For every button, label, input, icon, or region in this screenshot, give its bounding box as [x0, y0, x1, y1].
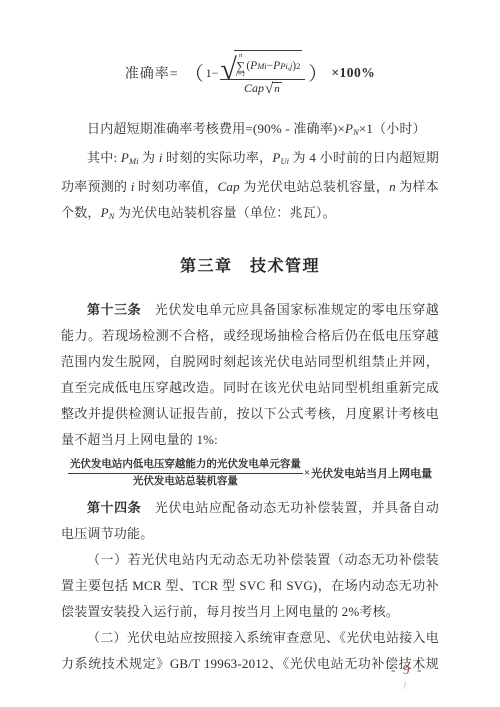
- summation-symbol: n ∑ i=1: [236, 53, 245, 78]
- article-14-line: 第十四条 光伏电站应配备动态无功补偿装置，并具备自动: [61, 495, 439, 521]
- lvrt-fraction-denominator: 光伏发电站总装机容量: [133, 474, 238, 488]
- sigma-icon: ∑: [236, 60, 245, 72]
- article-14-line: 偿装置安装投入运行前，每月按当月上网电量的 2%考核。: [61, 599, 439, 625]
- lvrt-multiplier: 光伏发电站当月上网电量: [311, 465, 432, 481]
- n-variable: n: [272, 82, 282, 95]
- times-100-percent: ×100%: [331, 65, 375, 81]
- pen-mark: [403, 681, 413, 692]
- document-page-content: 准确率= （ 1− √ n ∑ i=1 ( P Mi −: [61, 0, 439, 677]
- page-number: - 9 -: [391, 662, 424, 678]
- square-root: √ n ∑ i=1 ( P Mi − P Pi,j ): [220, 50, 302, 78]
- fraction-numerator: √ n ∑ i=1 ( P Mi − P Pi,j ): [220, 50, 305, 80]
- square-exponent: 2: [296, 61, 300, 71]
- accuracy-formula-lhs: 准确率=: [125, 63, 179, 83]
- article-14-line: （一）若光伏电站内无动态无功补偿装置（动态无功补偿装: [61, 547, 439, 573]
- fraction-denominator: Cap √ n: [244, 80, 282, 96]
- chapter-heading: 第三章 技术管理: [61, 253, 439, 277]
- article-13-line: 整改并提供检测认证报告前，按以下公式考核，月度累计考核电: [61, 401, 439, 427]
- close-paren: ）: [308, 59, 327, 86]
- accuracy-formula: 准确率= （ 1− √ n ∑ i=1 ( P Mi −: [61, 44, 439, 102]
- lvrt-fraction: 光伏发电站内低电压穿越能力的光伏发电单元容量 光伏发电站总装机容量: [68, 458, 303, 487]
- accuracy-fraction: √ n ∑ i=1 ( P Mi − P Pi,j ): [220, 50, 305, 96]
- open-paren: （: [185, 59, 204, 86]
- article-13-line: 第十三条 光伏发电单元应具备国家标准规定的零电压穿越: [61, 297, 439, 323]
- article-13-line: 范围内发生脱网，自脱网时刻起该光伏电站同型机组禁止并网，: [61, 349, 439, 375]
- lvrt-fraction-numerator: 光伏发电站内低电压穿越能力的光伏发电单元容量: [68, 458, 303, 473]
- radical-sign: √: [220, 59, 236, 81]
- article-13-line: 直至完成低电压穿越改造。同时在该光伏电站同型机组重新完成: [61, 375, 439, 401]
- article-14-line: （二）光伏电站应按照接入系统审查意见、《光伏电站接入电: [61, 625, 439, 651]
- note-line: 个数，PN 为光伏电站装机容量（单位：兆瓦）。: [61, 200, 439, 229]
- sigma-lower-limit: i=1: [236, 72, 245, 79]
- article-14-line: 力系统技术规定》GB/T 19963-2012、《光伏电站无功补偿技术规: [61, 651, 439, 677]
- lvrt-penalty-formula: 光伏发电站内低电压穿越能力的光伏发电单元容量 光伏发电站总装机容量 × 光伏发电…: [61, 455, 439, 491]
- article-14: 第十四条 光伏电站应配备动态无功补偿装置，并具备自动 电压调节功能。 （一）若光…: [61, 495, 439, 677]
- p-actual-subscript: Mi: [257, 61, 266, 71]
- one-minus-term: 1−: [206, 66, 219, 81]
- multiply-sign: ×: [304, 467, 310, 479]
- sqrt-n: √ n: [265, 82, 282, 95]
- note-line: 功率预测的 i 时刻功率值，Cap 为光伏电站总装机容量，n 为样本: [61, 174, 439, 200]
- article-14-line: 电压调节功能。: [61, 521, 439, 547]
- note-line: 其中: PMi 为 i 时刻的实际功率，PUi 为 4 小时前的日内超短期: [61, 145, 439, 174]
- article-13-line: 量不超当月上网电量的 1%:: [61, 427, 439, 453]
- p-forecast-subscript: Pi,j: [280, 61, 292, 71]
- article-13: 第十三条 光伏发电单元应具备国家标准规定的零电压穿越 能力。若现场检测不合格，或…: [61, 297, 439, 453]
- fee-formula-line: 日内超短期准确率考核费用=(90% - 准确率)×PN×1（小时）: [61, 116, 439, 145]
- article-14-line: 置主要包括 MCR 型、TCR 型 SVC 和 SVG)，在场内动态无功补: [61, 573, 439, 599]
- article-13-line: 能力。若现场检测不合格，或经现场抽检合格后仍在低电压穿越: [61, 323, 439, 349]
- radicand: n ∑ i=1 ( P Mi − P Pi,j ) 2: [234, 50, 302, 78]
- cap-variable: Cap: [244, 81, 264, 96]
